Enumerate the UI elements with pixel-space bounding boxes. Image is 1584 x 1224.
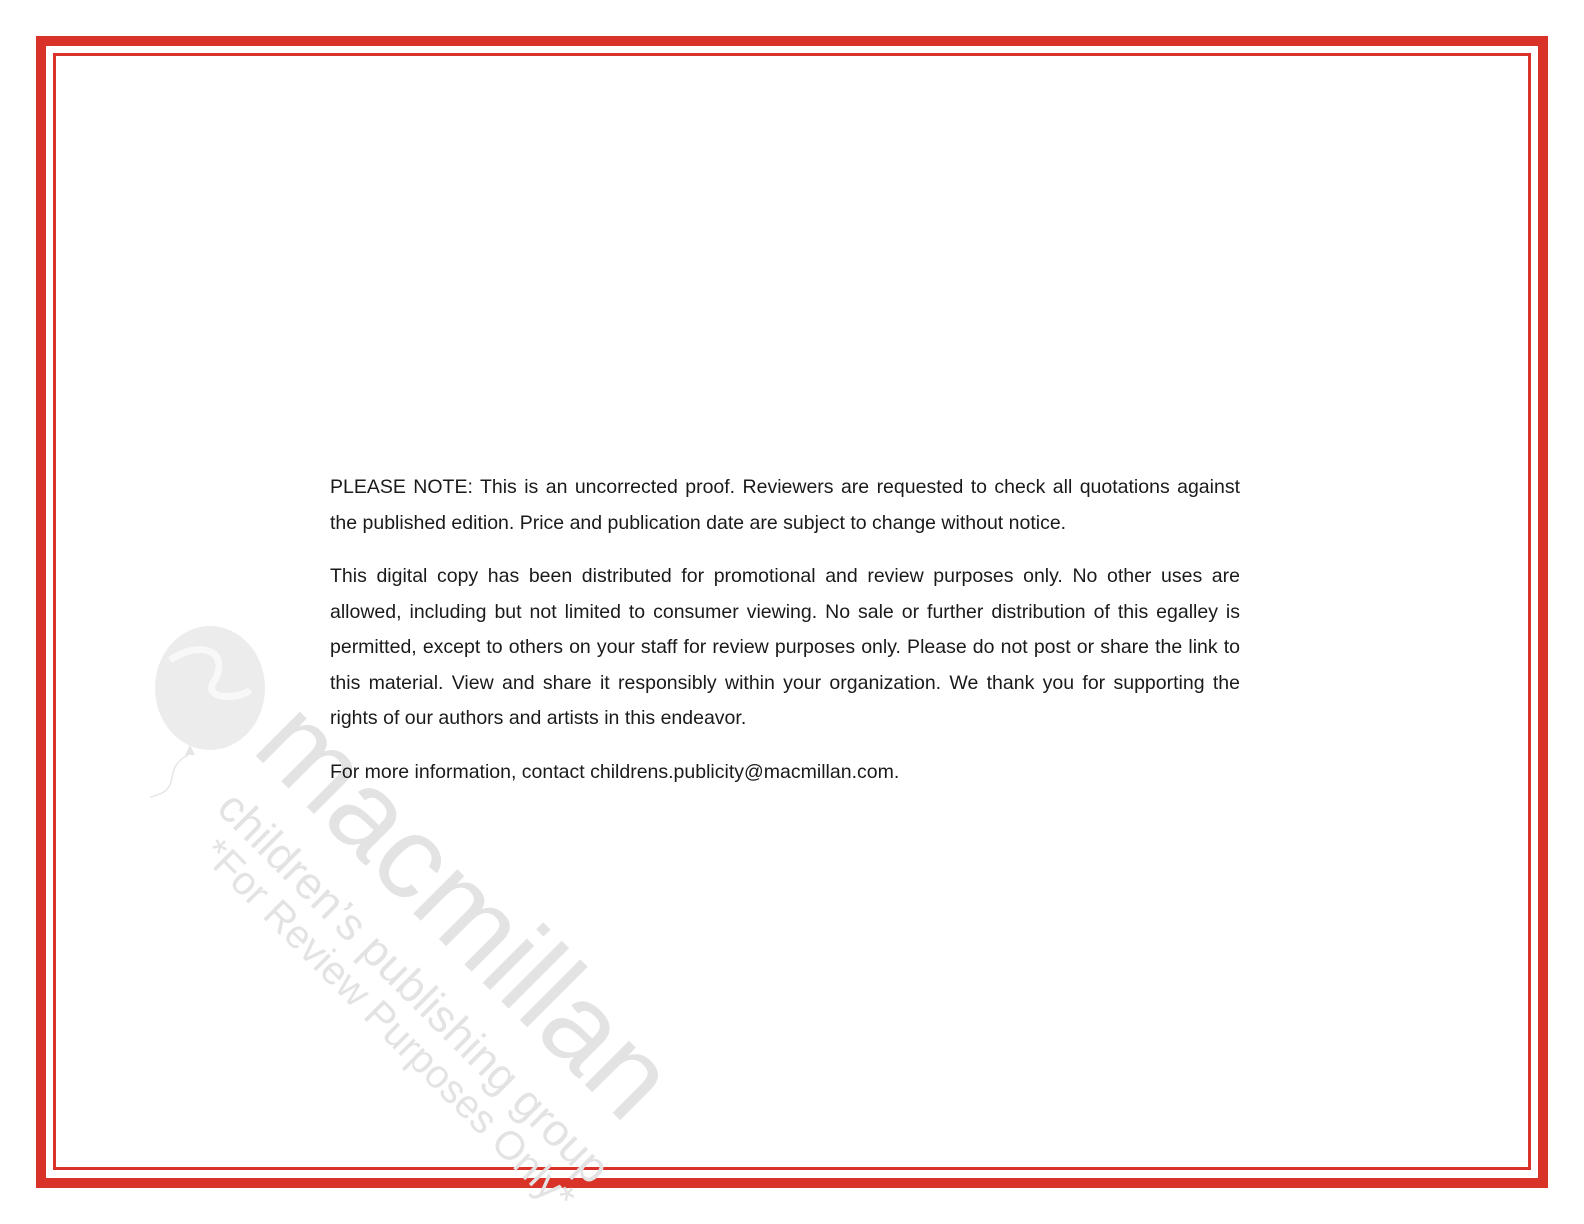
notice-paragraph-proof: PLEASE NOTE: This is an uncorrected proo… xyxy=(330,470,1240,541)
notice-paragraph-contact: For more information, contact childrens.… xyxy=(330,755,1240,791)
notice-paragraph-usage: This digital copy has been distributed f… xyxy=(330,559,1240,737)
review-notice: PLEASE NOTE: This is an uncorrected proo… xyxy=(330,470,1240,808)
